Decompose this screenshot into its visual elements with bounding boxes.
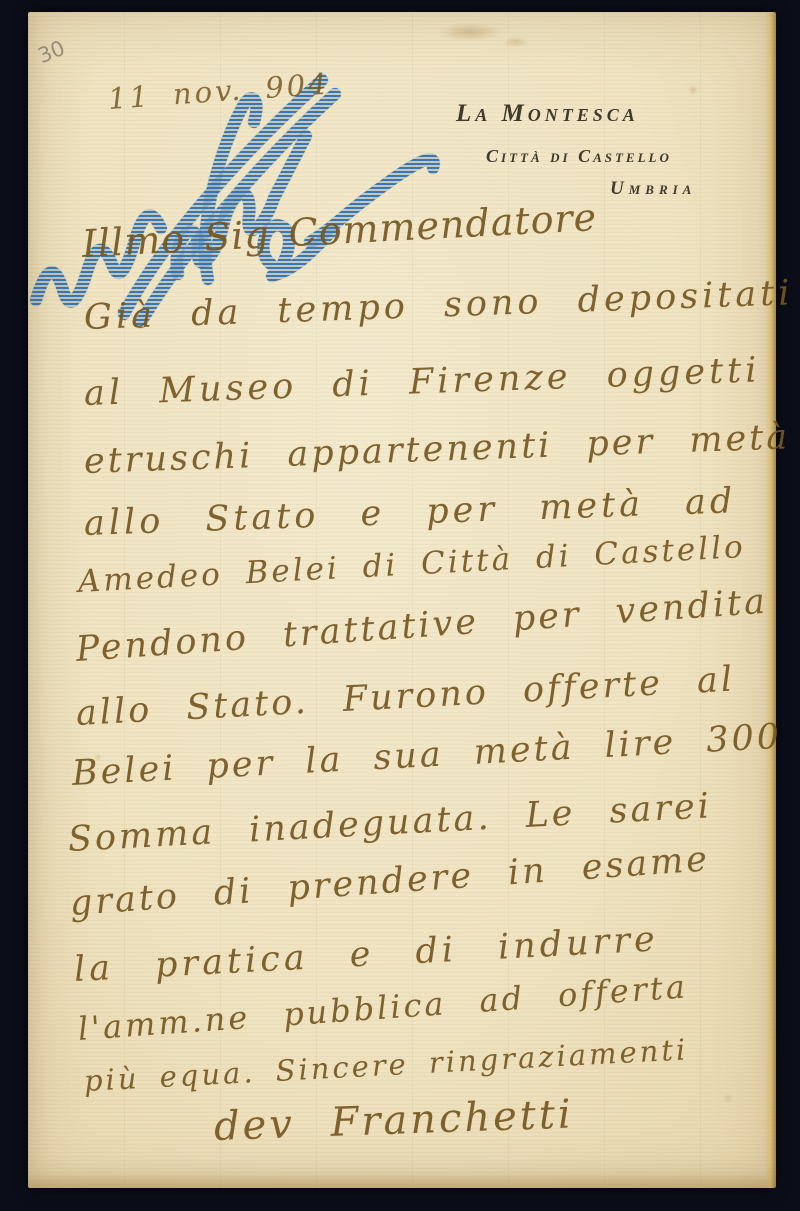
body-line-13: più equa. Sincere ringraziamenti — [83, 1032, 689, 1098]
letterhead-estate-name: La Montesca — [456, 100, 639, 128]
body-line-3: etruschi appartenenti per metà — [83, 417, 790, 482]
signature: dev Franchetti — [213, 1091, 574, 1150]
body-line-7: allo Stato. Furono offerte al — [75, 659, 736, 733]
letter-paper: 30 — [28, 12, 776, 1188]
letterhead-region: Umbria — [610, 178, 696, 200]
letterhead-town: Città di Castello — [486, 146, 672, 167]
body-line-6: Pendono trattative per vendita — [75, 582, 770, 670]
